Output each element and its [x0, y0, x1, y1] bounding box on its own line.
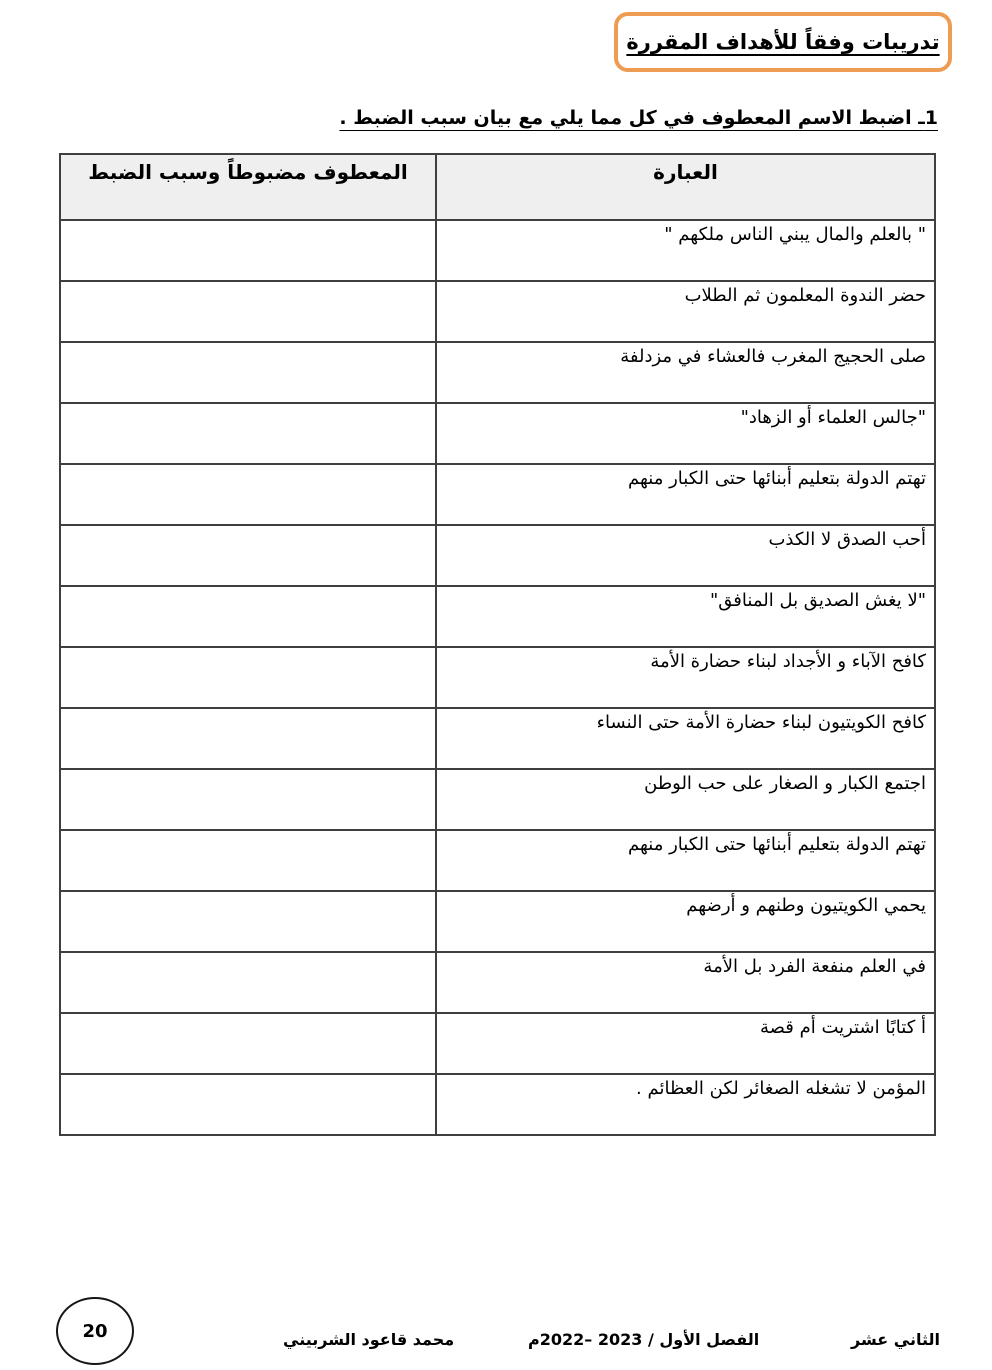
instruction-line: 1ـ اضبط الاسم المعطوف في كل مما يلي مع ب… — [339, 107, 938, 129]
table-row: " بالعلم والمال يبني الناس ملكهم " — [60, 220, 935, 281]
phrase-cell: كافح الآباء و الأجداد لبناء حضارة الأمة — [436, 647, 935, 708]
title-box: تدريبات وفقاً للأهداف المقررة — [614, 12, 952, 72]
phrase-column-header: العبارة — [436, 154, 935, 220]
answer-cell — [60, 342, 436, 403]
table-row: كافح الآباء و الأجداد لبناء حضارة الأمة — [60, 647, 935, 708]
answer-cell — [60, 586, 436, 647]
page-title: تدريبات وفقاً للأهداف المقررة — [626, 30, 939, 54]
answer-cell — [60, 403, 436, 464]
page-number: 20 — [82, 1321, 107, 1342]
phrase-cell: أحب الصدق لا الكذب — [436, 525, 935, 586]
phrase-cell: المؤمن لا تشغله الصغائر لكن العظائم . — [436, 1074, 935, 1135]
phrase-cell: تهتم الدولة بتعليم أبنائها حتى الكبار من… — [436, 464, 935, 525]
author-name: محمد قاعود الشربيني — [283, 1330, 454, 1349]
answer-column-header: المعطوف مضبوطاً وسبب الضبط — [60, 154, 436, 220]
table-row: يحمي الكويتيون وطنهم و أرضهم — [60, 891, 935, 952]
page: تدريبات وفقاً للأهداف المقررة 1ـ اضبط ال… — [0, 0, 992, 1370]
phrase-cell: صلى الحجيج المغرب فالعشاء في مزدلفة — [436, 342, 935, 403]
table-row: "جالس العلماء أو الزهاد" — [60, 403, 935, 464]
table-row: أ كتابًا اشتريت أم قصة — [60, 1013, 935, 1074]
phrase-cell: "لا يغش الصديق بل المنافق" — [436, 586, 935, 647]
phrase-cell: تهتم الدولة بتعليم أبنائها حتى الكبار من… — [436, 830, 935, 891]
answer-cell — [60, 1074, 436, 1135]
answer-cell — [60, 220, 436, 281]
table-row: حضر الندوة المعلمون ثم الطلاب — [60, 281, 935, 342]
term-years: 2022– 2023 — [540, 1330, 643, 1349]
phrase-cell: حضر الندوة المعلمون ثم الطلاب — [436, 281, 935, 342]
term-prefix: الفصل الأول / — [642, 1330, 759, 1349]
answer-cell — [60, 281, 436, 342]
answer-cell — [60, 525, 436, 586]
grade-label: الثاني عشر — [851, 1330, 940, 1349]
answer-cell — [60, 891, 436, 952]
term-suffix: م — [528, 1330, 540, 1349]
page-number-badge: 20 — [56, 1297, 134, 1365]
answer-cell — [60, 464, 436, 525]
table-row: صلى الحجيج المغرب فالعشاء في مزدلفة — [60, 342, 935, 403]
table-row: كافح الكويتيون لبناء حضارة الأمة حتى الن… — [60, 708, 935, 769]
phrase-cell: يحمي الكويتيون وطنهم و أرضهم — [436, 891, 935, 952]
table-row: أحب الصدق لا الكذب — [60, 525, 935, 586]
table-header-row: العبارة المعطوف مضبوطاً وسبب الضبط — [60, 154, 935, 220]
table-row: اجتمع الكبار و الصغار على حب الوطن — [60, 769, 935, 830]
phrase-cell: " بالعلم والمال يبني الناس ملكهم " — [436, 220, 935, 281]
table-row: تهتم الدولة بتعليم أبنائها حتى الكبار من… — [60, 830, 935, 891]
phrase-cell: كافح الكويتيون لبناء حضارة الأمة حتى الن… — [436, 708, 935, 769]
table-row: المؤمن لا تشغله الصغائر لكن العظائم . — [60, 1074, 935, 1135]
table-row: تهتم الدولة بتعليم أبنائها حتى الكبار من… — [60, 464, 935, 525]
worksheet-table: العبارة المعطوف مضبوطاً وسبب الضبط " بال… — [59, 153, 936, 1136]
phrase-cell: "جالس العلماء أو الزهاد" — [436, 403, 935, 464]
answer-cell — [60, 769, 436, 830]
answer-cell — [60, 952, 436, 1013]
table-row: "لا يغش الصديق بل المنافق" — [60, 586, 935, 647]
answer-cell — [60, 830, 436, 891]
phrase-cell: في العلم منفعة الفرد بل الأمة — [436, 952, 935, 1013]
phrase-cell: أ كتابًا اشتريت أم قصة — [436, 1013, 935, 1074]
answer-cell — [60, 1013, 436, 1074]
phrase-cell: اجتمع الكبار و الصغار على حب الوطن — [436, 769, 935, 830]
answer-cell — [60, 647, 436, 708]
answer-cell — [60, 708, 436, 769]
table-row: في العلم منفعة الفرد بل الأمة — [60, 952, 935, 1013]
term-label: الفصل الأول / 2022– 2023م — [528, 1330, 759, 1349]
